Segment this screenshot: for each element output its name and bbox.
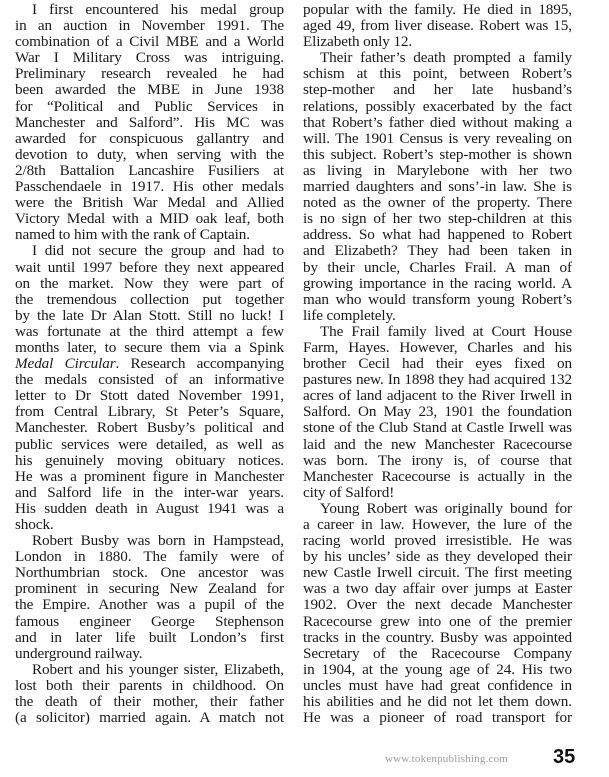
text-line: growing importance in the racing world. … [303, 276, 572, 292]
text-line: a career in law. However, the lure of th… [303, 517, 572, 533]
text-line: Racecourse grew into one of the premier [303, 614, 572, 630]
text-line: 2/8th Battalion Lancashire Fusiliers at [15, 163, 284, 179]
text-line: relations, possibly exacerbated by the f… [303, 99, 572, 115]
text-line: lost both their parents in childhood. On [15, 678, 284, 694]
text-line: married daughters and sons’-in law. She … [303, 179, 572, 195]
text-line: underground railway. [15, 646, 284, 662]
right-text-column: popular with the family. He died in 1895… [303, 2, 572, 726]
text-line: for “Political and Public Services in [15, 99, 284, 115]
text-line: letter to Dr Stott dated November 1991, [15, 388, 284, 404]
publication-title: Medal Circular [15, 355, 116, 372]
text-line: in 1904, at the young age of 24. His two [303, 662, 572, 678]
text-line: brother Cecil had their eyes fixed on [303, 356, 572, 372]
text-line: Secretary of the Racecourse Company [303, 646, 572, 662]
text-line: Preliminary research revealed he had [15, 66, 284, 82]
text-line: prominent in securing New Zealand for [15, 581, 284, 597]
text-line: Manchester. Robert Busby’s political and [15, 420, 284, 436]
text-line: Manchester Racecourse is actually in the [303, 469, 572, 485]
text-line: the medals consisted of an informative [15, 372, 284, 388]
text-line: was born. The irony is, of course that [303, 453, 572, 469]
text-line: London in 1880. The family were of [15, 549, 284, 565]
text-line: new Castle Irwell circuit. The first mee… [303, 565, 572, 581]
text-line: Salford. On May 23, 1901 the foundation [303, 404, 572, 420]
left-text-column: I first encountered his medal groupin an… [15, 2, 284, 726]
text-line: by the late Dr Alan Stott. Still no luck… [15, 308, 284, 324]
text-line: is no sign of her two step-children at t… [303, 211, 572, 227]
text-line: was fortunate at the third attempt a few [15, 324, 284, 340]
text-line: by their uncle, Charles Frail. A man of [303, 260, 572, 276]
text-line: and in later life built London’s first [15, 630, 284, 646]
text-line: He was a pioneer of road transport for [303, 710, 572, 726]
text-line: the death of their mother, their father [15, 694, 284, 710]
text-line: Robert and his younger sister, Elizabeth… [15, 662, 284, 678]
page-footer: www.tokenpublishing.com 35 [0, 748, 609, 772]
text-line: (a solicitor) married again. A match not [15, 710, 284, 726]
text-line: I did not secure the group and had to [15, 243, 284, 259]
text-line: The Frail family lived at Court House [303, 324, 572, 340]
text-line: laid and the new Manchester Racecourse [303, 437, 572, 453]
text-line: He was a prominent figure in Manchester [15, 469, 284, 485]
text-line: months later, to secure them via a Spink [15, 340, 284, 356]
text-line: the tremendous collection put together [15, 292, 284, 308]
text-line: from Central Library, St Peter’s Square, [15, 404, 284, 420]
text-line: Farm, Hayes. However, Charles and his [303, 340, 572, 356]
text-line: awarded for conspicuous gallantry and [15, 131, 284, 147]
text-line: Their father’s death prompted a family [303, 50, 572, 66]
magazine-page: I first encountered his medal groupin an… [0, 0, 609, 777]
text-line: Northumbrian stock. One ancestor was [15, 565, 284, 581]
text-line: 1902. Over the next decade Manchester [303, 597, 572, 613]
text-line: War I Military Cross was intriguing. [15, 50, 284, 66]
text-line: pastures new. In 1898 they had acquired … [303, 372, 572, 388]
text-line: step-mother and her late husband’s [303, 82, 572, 98]
text-line: devotion to duty, when serving with the [15, 147, 284, 163]
text-line: popular with the family. He died in 1895… [303, 2, 572, 18]
text-line: as living in Marylebone with her two [303, 163, 572, 179]
text-line: racing world proved irresistible. He was [303, 533, 572, 549]
text-line: Young Robert was originally bound for [303, 501, 572, 517]
text-line: combination of a Civil MBE and a World [15, 34, 284, 50]
text-line: were the British War Medal and Allied [15, 195, 284, 211]
text-line: his genuinely moving obituary notices. [15, 453, 284, 469]
text-line: in an auction in November 1991. The [15, 18, 284, 34]
text-line: and Elizabeth? They had been taken in [303, 243, 572, 259]
text-line: on the market. Now they were part of [15, 276, 284, 292]
text-line: Manchester and Salford”. His MC was [15, 115, 284, 131]
text-line: this subject. Robert’s step-mother is sh… [303, 147, 572, 163]
text-line: noted as the owner of the property. Ther… [303, 195, 572, 211]
text-line: tracks in the country. Busby was appoint… [303, 630, 572, 646]
text-line: stone of the Club Stand at Castle Irwell… [303, 420, 572, 436]
text-line: Medal Circular. Research accompanying [15, 356, 284, 372]
text-line: was a two day affair over jumps at Easte… [303, 581, 572, 597]
footer-url: www.tokenpublishing.com [385, 753, 508, 765]
text-line: and Salford life in the inter-war years. [15, 485, 284, 501]
text-line: by his uncles’ side as they developed th… [303, 549, 572, 565]
page-number: 35 [553, 746, 575, 769]
text-line: acres of land adjacent to the River Irwe… [303, 388, 572, 404]
text-line: wait until 1997 before they next appeare… [15, 260, 284, 276]
text-line: named to him with the rank of Captain. [15, 227, 284, 243]
text-line: uncles must have had great confidence in [303, 678, 572, 694]
text-line: schism at this point, between Robert’s [303, 66, 572, 82]
text-line: that Robert’s father died without making… [303, 115, 572, 131]
text-line: his abilities and he did not let them do… [303, 694, 572, 710]
text-line: Passchendaele in 1917. His other medals [15, 179, 284, 195]
text-line: His sudden death in August 1941 was a [15, 501, 284, 517]
text-line: been awarded the MBE in June 1938 [15, 82, 284, 98]
text-line: public services were detailed, as well a… [15, 437, 284, 453]
text-line: life completely. [303, 308, 572, 324]
text-line: city of Salford! [303, 485, 572, 501]
text-line: aged 49, from liver disease. Robert was … [303, 18, 572, 34]
text-line: shock. [15, 517, 284, 533]
text-line: Victory Medal with a MID oak leaf, both [15, 211, 284, 227]
text-line: I first encountered his medal group [15, 2, 284, 18]
text-line: will. The 1901 Census is very revealing … [303, 131, 572, 147]
text-line: Robert Busby was born in Hampstead, [15, 533, 284, 549]
text-line: the Empire. Another was a pupil of the [15, 597, 284, 613]
text-line: Elizabeth only 12. [303, 34, 572, 50]
text-line: address. So what had happened to Robert [303, 227, 572, 243]
text-line: famous engineer George Stephenson [15, 614, 284, 630]
text-line: man who would transform young Robert’s [303, 292, 572, 308]
